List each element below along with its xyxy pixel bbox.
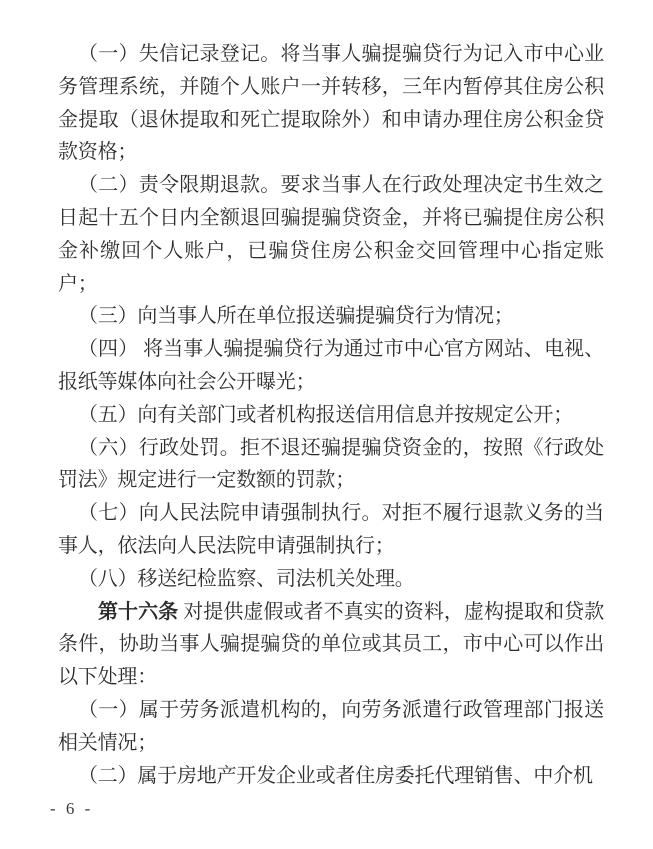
paragraph: （二）属于房地产开发企业或者住房委托代理销售、中介机: [58, 760, 604, 793]
paragraph: （一）属于劳务派遣机构的，向劳务派遣行政管理部门报送相关情况；: [58, 694, 604, 760]
paragraph: （一）失信记录登记。将当事人骗提骗贷行为记入市中心业务管理系统，并随个人账户一并…: [58, 38, 604, 169]
paragraph: （八）移送纪检监察、司法机关处理。: [58, 563, 604, 596]
page-number: - 6 -: [50, 799, 93, 819]
paragraph: 第十六条 对提供虚假或者不真实的资料，虚构提取和贷款条件，协助当事人骗提骗贷的单…: [58, 596, 604, 694]
paragraph: （二）责令限期退款。要求当事人在行政处理决定书生效之日起十五个日内全额退回骗提骗…: [58, 169, 604, 300]
paragraph: （四） 将当事人骗提骗贷行为通过市中心官方网站、电视、报纸等媒体向社会公开曝光；: [58, 333, 604, 399]
paragraph: （三）向当事人所在单位报送骗提骗贷行为情况；: [58, 300, 604, 333]
paragraph: （五）向有关部门或者机构报送信用信息并按规定公开；: [58, 399, 604, 432]
document-page: （一）失信记录登记。将当事人骗提骗贷行为记入市中心业务管理系统，并随个人账户一并…: [0, 0, 653, 849]
article-number: 第十六条: [98, 601, 178, 623]
paragraph: （六）行政处罚。拒不退还骗提骗贷资金的，按照《行政处罚法》规定进行一定数额的罚款…: [58, 432, 604, 498]
document-body: （一）失信记录登记。将当事人骗提骗贷行为记入市中心业务管理系统，并随个人账户一并…: [58, 38, 604, 792]
paragraph: （七）向人民法院申请强制执行。对拒不履行退款义务的当事人，依法向人民法院申请强制…: [58, 497, 604, 563]
